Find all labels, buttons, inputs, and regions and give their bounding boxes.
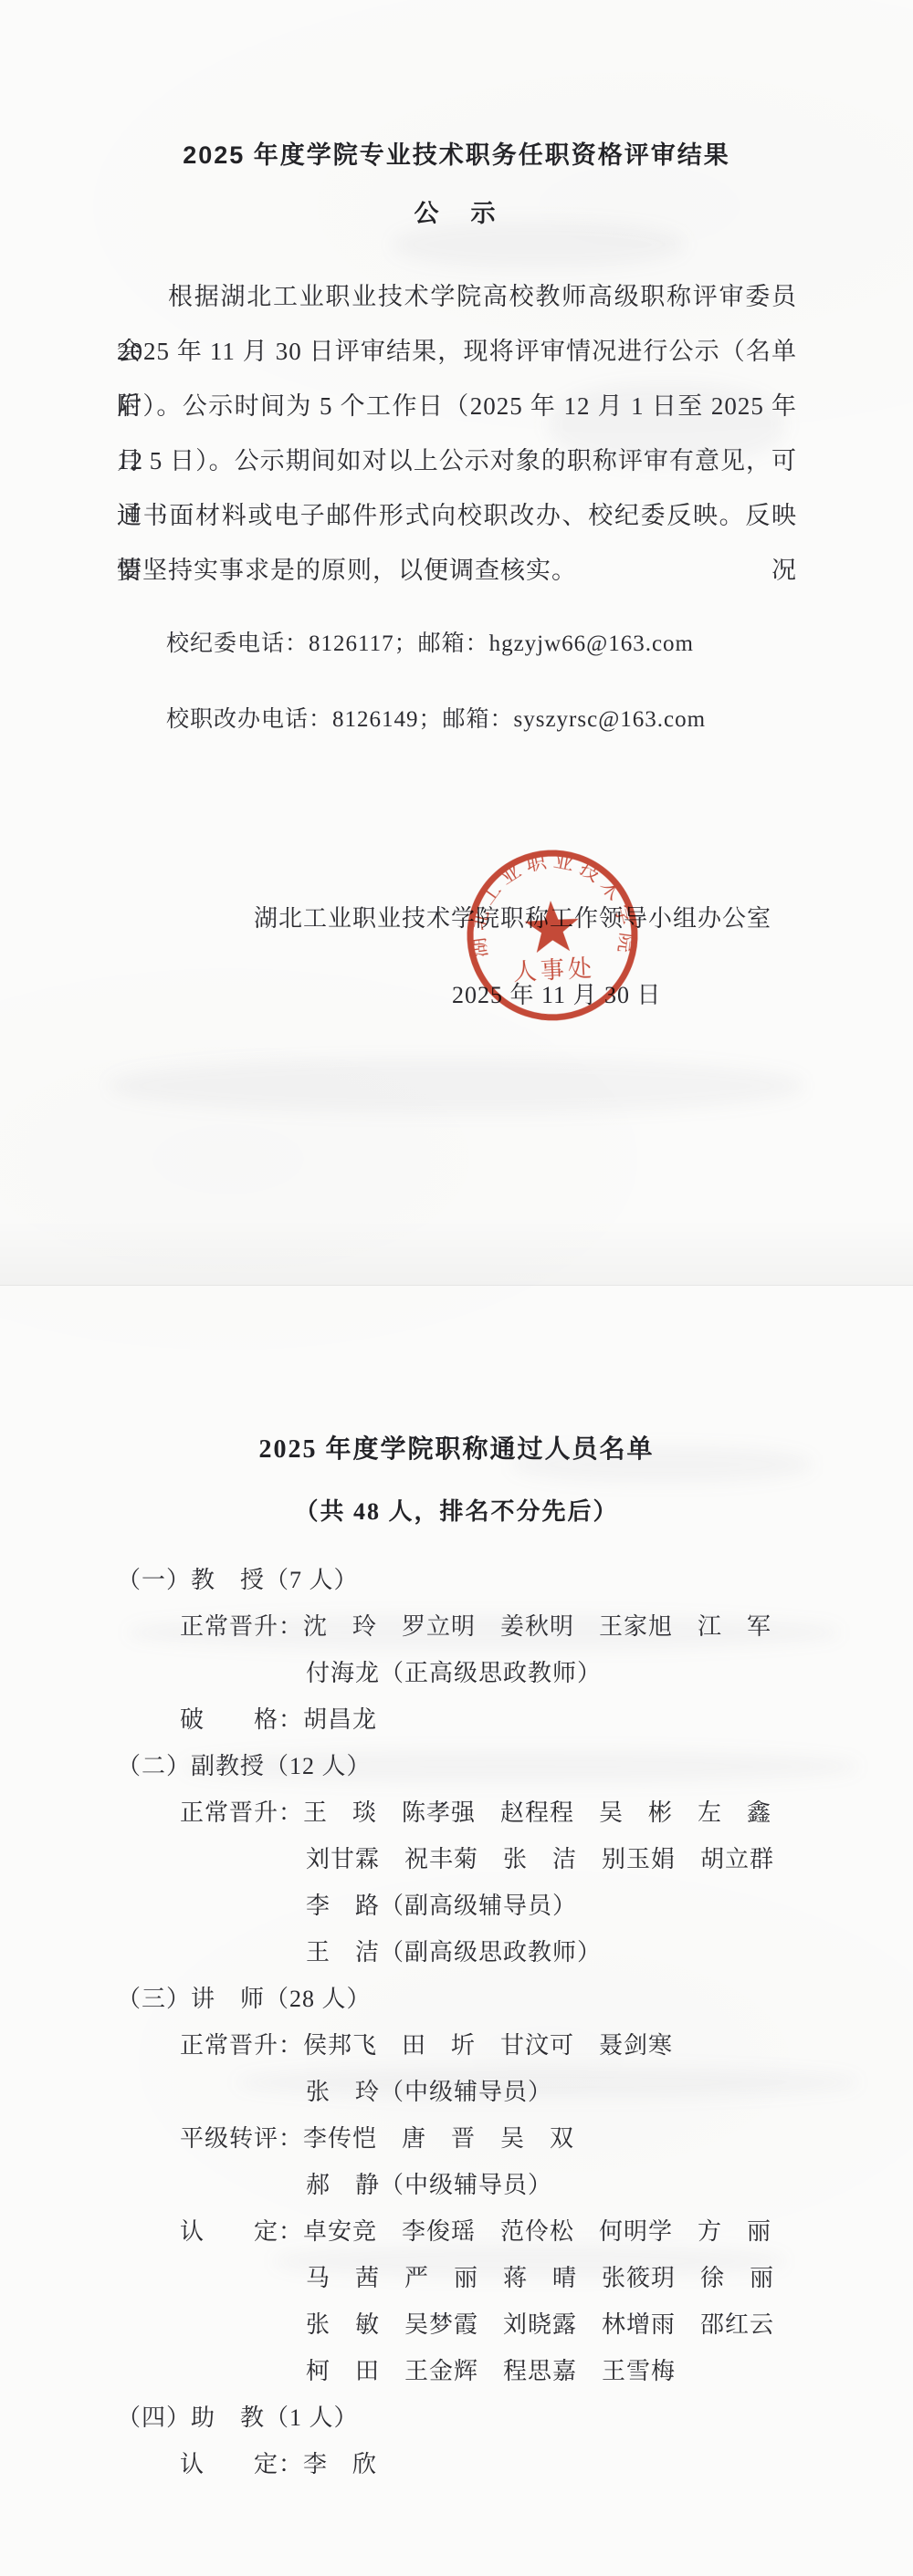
list-line: 郝 静（中级辅导员） xyxy=(0,2162,913,2208)
seal-center-text: 人事处 xyxy=(512,955,595,986)
page2-subtitle: （共 48 人，排名不分先后） xyxy=(0,1493,913,1527)
discipline-office-contact: 校纪委电话：8126117；邮箱：hgzyjw66@163.com xyxy=(166,625,694,658)
seal-star-icon xyxy=(524,900,581,954)
page1-title: 2025 年度学院专业技术职务任职资格评审结果 xyxy=(0,135,913,171)
list-section-header: （三）讲 师（28 人） xyxy=(0,1976,913,2022)
body-line: 2025 年 11 月 30 日评审结果，现将评审情况进行公示（名单附 xyxy=(117,324,797,379)
body-line: 根据湖北工业职业技术学院高校教师高级职称评审委员会 xyxy=(117,269,797,324)
list-section-header: （一）教 授（7 人） xyxy=(0,1557,913,1603)
bleed-through-artifact xyxy=(128,1615,840,1650)
list-line: 认 定：李 欣 xyxy=(0,2441,913,2487)
list-line: 付海龙（正高级思政教师） xyxy=(0,1650,913,1696)
list-line: 王 洁（副高级思政教师） xyxy=(0,1929,913,1976)
list-line: 破 格：胡昌龙 xyxy=(0,1696,913,1743)
list-section-header: （四）助 教（1 人） xyxy=(0,2394,913,2441)
bleed-through-artifact xyxy=(393,221,685,268)
list-line: 李 路（副高级辅导员） xyxy=(0,1882,913,1929)
bleed-through-artifact xyxy=(511,1446,813,1483)
seal-graphic: 湖北工业职业技术学院 人事处 xyxy=(456,840,648,1031)
official-seal: 湖北工业职业技术学院 人事处 xyxy=(456,840,648,1031)
scanned-announcement-document: 2025 年度学院专业技术职务任职资格评审结果 公 示 根据湖北工业职业技术学院… xyxy=(0,0,913,2576)
bleed-through-artifact xyxy=(548,383,785,465)
title-reform-office-contact: 校职改办电话：8126149；邮箱：syszyrsc@163.com xyxy=(166,701,706,734)
list-line: 正常晋升：侯邦飞 田 圻 甘汶可 聂剑寒 xyxy=(0,2022,913,2069)
bleed-through-artifact xyxy=(183,1750,858,1783)
bleed-through-artifact xyxy=(110,1059,803,1113)
list-line: 刘甘霖 祝丰菊 张 洁 别玉娟 胡立群 xyxy=(0,1836,913,1882)
bleed-through-artifact xyxy=(274,2245,785,2278)
list-line: 正常晋升：王 琰 陈孝强 赵程程 吴 彬 左 鑫 xyxy=(0,1789,913,1836)
page-break xyxy=(0,1219,913,1286)
list-line: 柯 田 王金辉 程思嘉 王雪梅 xyxy=(0,2348,913,2394)
list-line: 张 敏 吴梦霞 刘晓露 林增雨 邵红云 xyxy=(0,2301,913,2348)
bleed-through-artifact xyxy=(237,2067,858,2098)
name-list: （一）教 授（7 人） 正常晋升：沈 玲 罗立明 姜秋明 王家旭 江 军 付海龙… xyxy=(0,1557,913,2487)
list-line: 平级转评：李传恺 唐 晋 吴 双 xyxy=(0,2115,913,2162)
body-line: 过书面材料或电子邮件形式向校职改办、校纪委反映。反映情况 xyxy=(117,488,797,543)
